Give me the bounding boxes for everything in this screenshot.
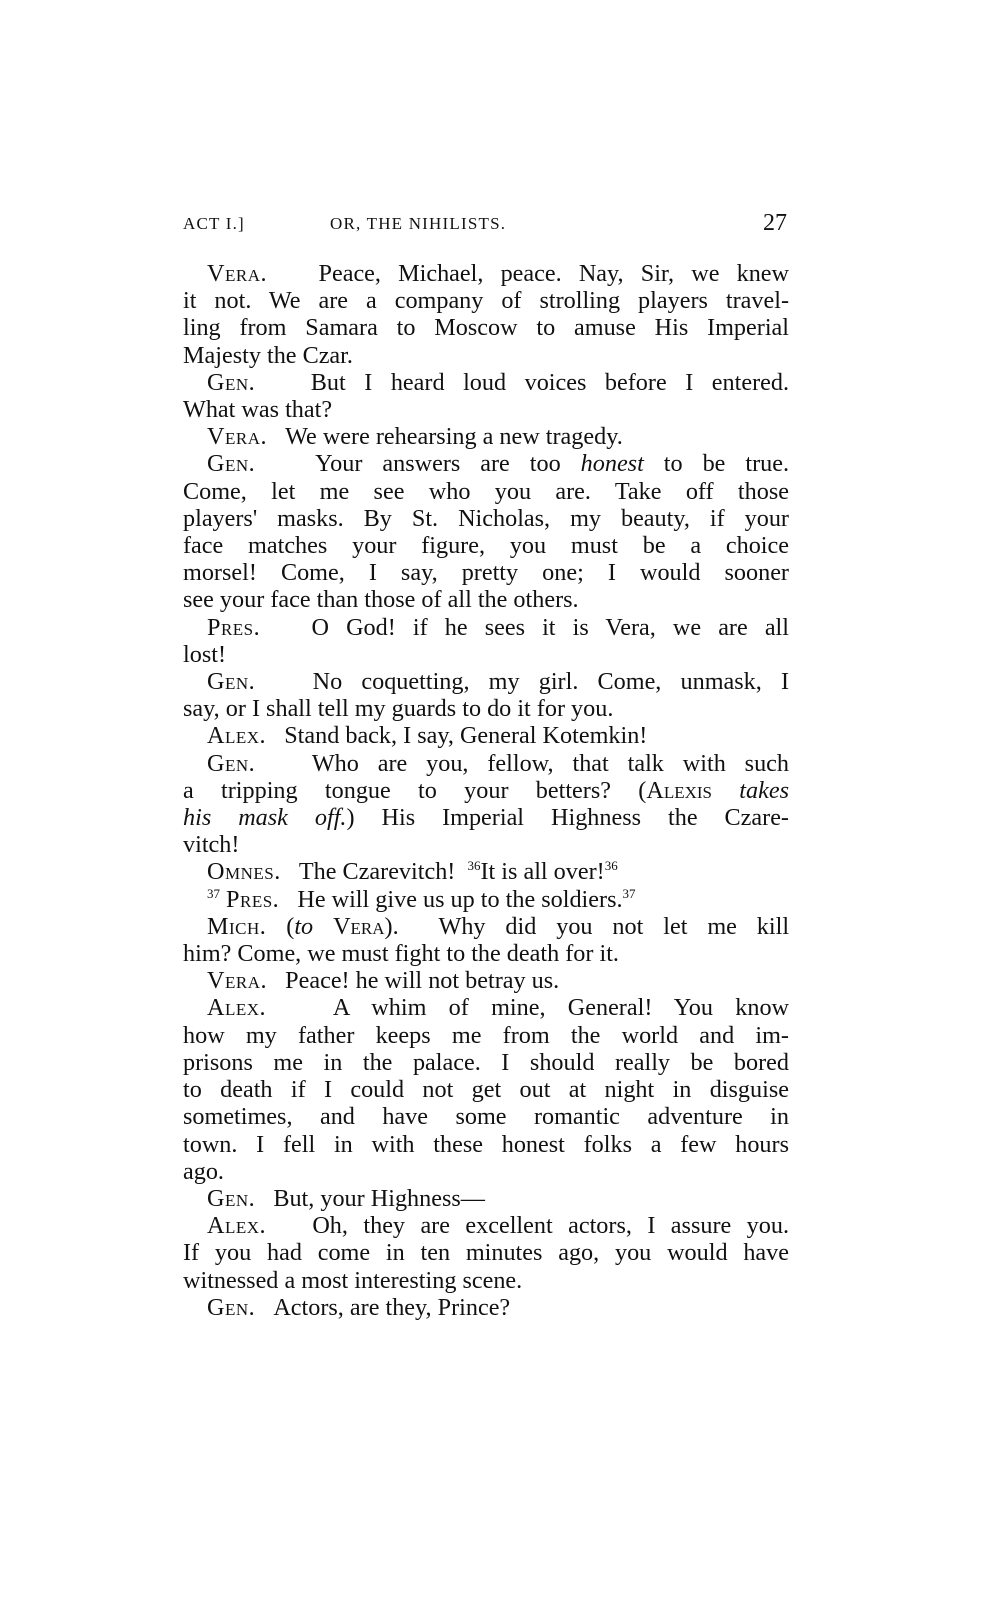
text-line: vitch! xyxy=(183,831,789,858)
speech-text: But, your Highness— xyxy=(273,1185,485,1212)
speaker-name: Vera. xyxy=(207,260,267,287)
stage-direction: to xyxy=(294,913,313,940)
speech-text: But I heard loud voices before I entered… xyxy=(311,369,789,396)
speech-line: Gen. But, your Highness— xyxy=(183,1185,789,1212)
speech-line: Alex. A whim of mine, General! You know xyxy=(183,994,789,1021)
speaker-name: Gen. xyxy=(207,750,255,777)
text-line: If you had come in ten minutes ago, you … xyxy=(183,1239,789,1266)
running-head: ACT I.] OR, THE NIHILISTS. 27 xyxy=(183,208,789,242)
text-line: Come, let me see who you are. Take off t… xyxy=(183,478,789,505)
speech-line: 37 Pres. He will give us up to the soldi… xyxy=(183,886,789,913)
speaker-name: Alex. xyxy=(207,994,266,1021)
speech-text: Peace! he will not betray us. xyxy=(285,967,559,994)
text-line: him? Come, we must fight to the death fo… xyxy=(183,940,789,967)
speech-line: Gen. Your answers are too honest to be t… xyxy=(183,450,789,477)
speaker-name: Alex. xyxy=(207,1212,266,1239)
text-line: face matches your figure, you must be a … xyxy=(183,532,789,559)
speech-line: Gen. Who are you, fellow, that talk with… xyxy=(183,750,789,777)
text-line: What was that? xyxy=(183,396,789,423)
book-page: ACT I.] OR, THE NIHILISTS. 27 Vera. Peac… xyxy=(183,208,789,1321)
text-line: prisons me in the palace. I should reall… xyxy=(183,1049,789,1076)
speech-text: Why did you not let me kill xyxy=(438,913,789,940)
speaker-name: Gen. xyxy=(207,1294,255,1321)
text-line: it not. We are a company of strolling pl… xyxy=(183,287,789,314)
character-name: Vera xyxy=(333,913,384,940)
speech-text: It is all over! xyxy=(480,858,604,885)
text-line: lost! xyxy=(183,641,789,668)
speech-line: Omnes. The Czarevitch! 36It is all over!… xyxy=(183,858,789,885)
speech-line: Gen. No coquetting, my girl. Come, unmas… xyxy=(183,668,789,695)
speech-text: to be true. xyxy=(664,450,789,477)
speech-text: No coquetting, my girl. Come, unmask, I xyxy=(313,668,789,695)
speech-line: Gen. But I heard loud voices before I en… xyxy=(183,369,789,396)
act-label: ACT I.] xyxy=(183,214,245,234)
speech-line: Vera. Peace! he will not betray us. xyxy=(183,967,789,994)
text-line: how my father keeps me from the world an… xyxy=(183,1022,789,1049)
stage-direction: his mask off. xyxy=(183,804,346,831)
text-line: players' masks. By St. Nicholas, my beau… xyxy=(183,505,789,532)
punctuation: ). xyxy=(385,913,399,940)
speech-line: Vera. Peace, Michael, peace. Nay, Sir, w… xyxy=(183,260,789,287)
speaker-name: Gen. xyxy=(207,369,255,396)
speech-text: a tripping tongue to your betters? ( xyxy=(183,777,646,804)
text-line: sometimes, and have some romantic advent… xyxy=(183,1103,789,1130)
speech-text: O God! if he sees it is Vera, we are all xyxy=(312,614,790,641)
speech-line: Alex. Oh, they are excellent actors, I a… xyxy=(183,1212,789,1239)
text-line: Majesty the Czar. xyxy=(183,342,789,369)
text-line: say, or I shall tell my guards to do it … xyxy=(183,695,789,722)
speech-text: We were rehearsing a new tragedy. xyxy=(285,423,623,450)
speaker-name: Gen. xyxy=(207,668,255,695)
speech-text: Who are you, fellow, that talk with such xyxy=(312,750,789,777)
text-line: town. I fell in with these honest folks … xyxy=(183,1131,789,1158)
page-number: 27 xyxy=(763,210,787,237)
text-line: his mask off.) His Imperial Highness the… xyxy=(183,804,789,831)
speech-line: Alex. Stand back, I say, General Kotemki… xyxy=(183,722,789,749)
speech-line: Vera. We were rehearsing a new tragedy. xyxy=(183,423,789,450)
speech-text: Your answers are too xyxy=(315,450,561,477)
footnote-marker: 37 xyxy=(207,886,220,901)
text-line: ling from Samara to Moscow to amuse His … xyxy=(183,314,789,341)
speaker-name: Vera. xyxy=(207,423,267,450)
speech-text: A whim of mine, General! You know xyxy=(333,994,789,1021)
speech-text: He will give us up to the soldiers. xyxy=(297,886,622,913)
speech-text: Oh, they are excellent actors, I assure … xyxy=(312,1212,789,1239)
speaker-name: Omnes. xyxy=(207,858,281,885)
speech-text: ) His Imperial Highness the Czare- xyxy=(346,804,789,831)
speaker-name: Gen. xyxy=(207,1185,255,1212)
stage-direction: takes xyxy=(739,777,789,804)
speaker-name: Gen. xyxy=(207,450,255,477)
book-title: OR, THE NIHILISTS. xyxy=(330,214,506,234)
text-line: witnessed a most interesting scene. xyxy=(183,1267,789,1294)
speech-text: The Czarevitch! xyxy=(299,858,455,885)
text-line: a tripping tongue to your betters? (Alex… xyxy=(183,777,789,804)
speech-text: Peace, Michael, peace. Nay, Sir, we knew xyxy=(319,260,789,287)
text-line: to death if I could not get out at night… xyxy=(183,1076,789,1103)
speech-text: Actors, are they, Prince? xyxy=(273,1294,510,1321)
footnote-marker: 37 xyxy=(623,886,636,901)
speaker-name: Mich. xyxy=(207,913,266,940)
text-line: ago. xyxy=(183,1158,789,1185)
speaker-name: Pres. xyxy=(226,886,279,913)
footnote-marker: 36 xyxy=(467,858,480,873)
speech-text: Stand back, I say, General Kotemkin! xyxy=(284,722,647,749)
text-line: see your face than those of all the othe… xyxy=(183,586,789,613)
speaker-name: Vera. xyxy=(207,967,267,994)
dialogue-text: Vera. Peace, Michael, peace. Nay, Sir, w… xyxy=(183,260,789,1321)
character-name: Alexis xyxy=(646,777,712,804)
speaker-name: Alex. xyxy=(207,722,266,749)
text-line: morsel! Come, I say, pretty one; I would… xyxy=(183,559,789,586)
speech-line: Mich. (to Vera). Why did you not let me … xyxy=(183,913,789,940)
speech-line: Gen. Actors, are they, Prince? xyxy=(183,1294,789,1321)
speaker-name: Pres. xyxy=(207,614,260,641)
speech-line: Pres. O God! if he sees it is Vera, we a… xyxy=(183,614,789,641)
footnote-marker: 36 xyxy=(605,858,618,873)
emphasis-text: honest xyxy=(581,450,644,477)
